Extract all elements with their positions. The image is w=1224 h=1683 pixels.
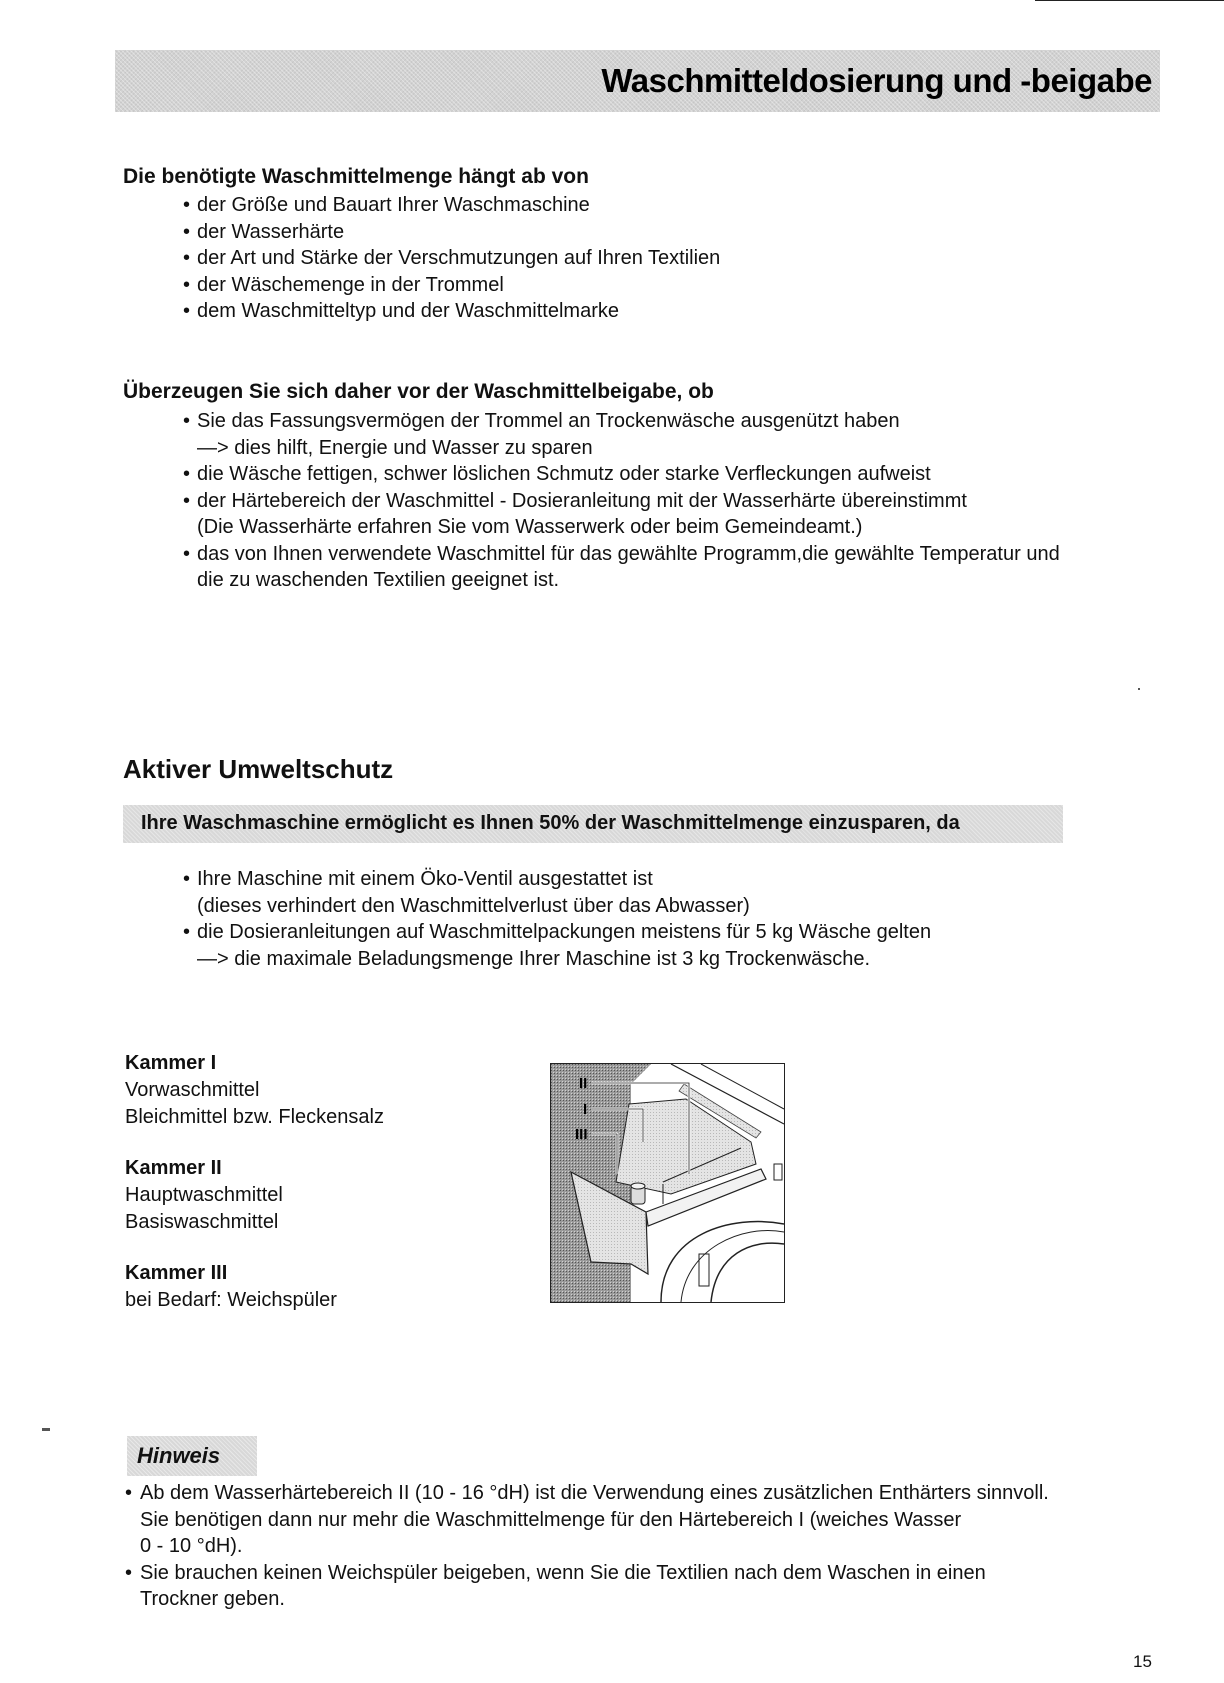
list-item: •dem Waschmitteltyp und der Waschmittelm… [183,298,720,325]
list-item-continuation: (Die Wasserhärte erfahren Sie vom Wasser… [183,514,1183,541]
hinweis-list: •Ab dem Wasserhärtebereich II (10 - 16 °… [125,1480,1185,1613]
list-item: •der Wasserhärte [183,219,720,246]
svg-text:II: II [579,1075,587,1092]
list-item-continuation: Trockner geben. [125,1586,1185,1613]
chamber-2: Kammer II Hauptwaschmittel Basiswaschmit… [125,1155,283,1236]
highlight-text: Ihre Waschmaschine ermöglicht es Ihnen 5… [141,812,960,835]
list-item: •der Art und Stärke der Verschmutzungen … [183,245,720,272]
scan-speck [1138,688,1140,690]
list-item-continuation: (dieses verhindert den Waschmittelverlus… [183,893,1183,920]
section1-list: •der Größe und Bauart Ihrer Waschmaschin… [183,192,720,325]
chamber-1: Kammer I Vorwaschmittel Bleichmittel bzw… [125,1050,384,1131]
chamber-title: Kammer II [125,1155,283,1182]
list-item-continuation: —> dies hilft, Energie und Wasser zu spa… [183,435,1183,462]
list-item: •der Wäschemenge in der Trommel [183,272,720,299]
highlight-banner: Ihre Waschmaschine ermöglicht es Ihnen 5… [123,805,1063,843]
list-item: •Sie brauchen keinen Weichspüler beigebe… [125,1560,1185,1587]
section2-list: •Sie das Fassungsvermögen der Trommel an… [183,408,1183,594]
section3-heading: Aktiver Umweltschutz [123,754,393,785]
svg-text:III: III [575,1126,588,1143]
detergent-drawer-illustration: II I III [550,1063,785,1303]
list-item: •Ab dem Wasserhärtebereich II (10 - 16 °… [125,1480,1185,1507]
list-item: •der Härtebereich der Waschmittel - Dosi… [183,488,1183,515]
list-item: •Sie das Fassungsvermögen der Trommel an… [183,408,1183,435]
list-item-continuation: 0 - 10 °dH). [125,1533,1185,1560]
list-item: •die Dosieranleitungen auf Waschmittelpa… [183,919,1183,946]
section2-heading: Überzeugen Sie sich daher vor der Waschm… [123,380,714,404]
list-item: •das von Ihnen verwendete Waschmittel fü… [183,541,1183,568]
svg-text:I: I [583,1101,587,1118]
list-item-continuation: die zu waschenden Textilien geeignet ist… [183,567,1183,594]
list-item-continuation: Sie benötigen dann nur mehr die Waschmit… [125,1507,1185,1534]
hinweis-banner: Hinweis [127,1436,257,1476]
chamber-title: Kammer I [125,1050,384,1077]
scan-speck [42,1428,50,1431]
drawer-drawing-icon: II I III [551,1064,784,1302]
page-number: 15 [1133,1652,1152,1672]
list-item: •die Wäsche fettigen, schwer löslichen S… [183,461,1183,488]
chamber-3: Kammer III bei Bedarf: Weichspüler [125,1260,337,1314]
list-item-continuation: —> die maximale Beladungsmenge Ihrer Mas… [183,946,1183,973]
chamber-title: Kammer III [125,1260,337,1287]
section3-list: •Ihre Maschine mit einem Öko-Ventil ausg… [183,866,1183,972]
section1-heading: Die benötigte Waschmittelmenge hängt ab … [123,165,589,189]
list-item: •Ihre Maschine mit einem Öko-Ventil ausg… [183,866,1183,893]
top-rule [1035,0,1224,1]
page-title: Waschmitteldosierung und -beigabe [601,62,1152,100]
list-item: •der Größe und Bauart Ihrer Waschmaschin… [183,192,720,219]
hinweis-label: Hinweis [137,1443,220,1469]
title-banner: Waschmitteldosierung und -beigabe [115,50,1160,112]
